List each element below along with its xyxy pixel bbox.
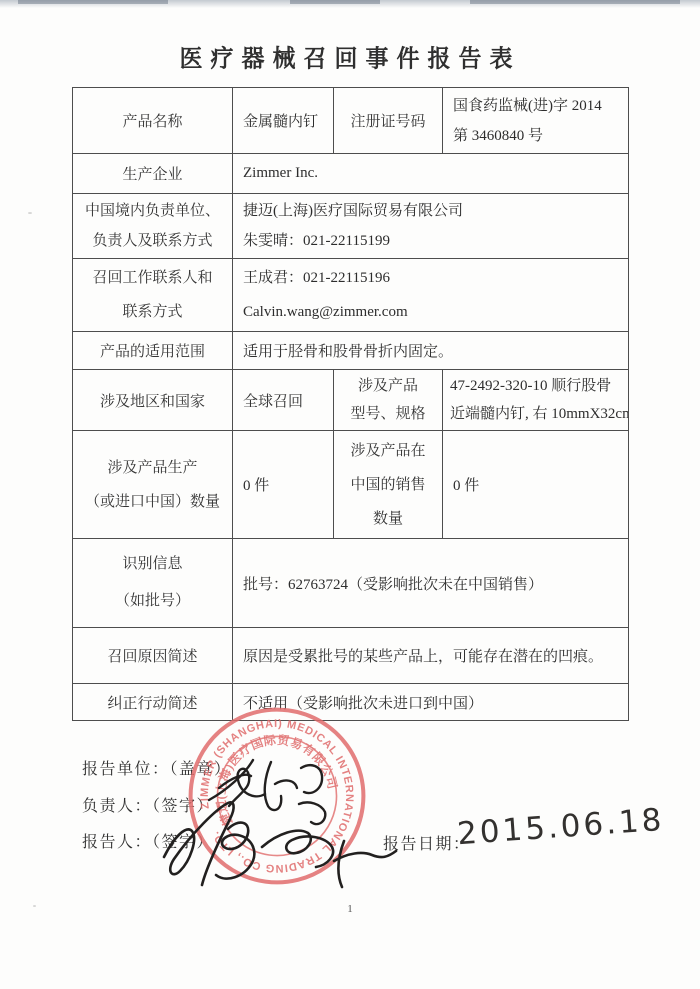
- row-manufacturer: 生产企业 Zimmer Inc.: [73, 154, 629, 194]
- page-title: 医疗器械召回事件报告表: [0, 39, 700, 74]
- scanned-report-page: 医疗器械召回事件报告表 产品名称 金属髓内钉 注册证号码 国食药监械(进)字 2…: [0, 0, 700, 989]
- row-label: 产品的适用范围: [73, 332, 233, 370]
- label-line-2: 中国的销售: [338, 468, 438, 502]
- row-recall-contact: 召回工作联系人和 联系方式 王成君：021-22115196 Calvin.wa…: [73, 259, 629, 332]
- row-label: 纠正行动简述: [73, 684, 233, 721]
- contact-email: Calvin.wang@zimmer.com: [243, 295, 618, 329]
- cell-recall-reason: 原因是受累批号的某些产品上，可能存在潜在的凹痕。: [233, 628, 629, 684]
- cell-recall-contact: 王成君：021-22115196 Calvin.wang@zimmer.com: [233, 259, 629, 332]
- row-recall-reason: 召回原因简述 原因是受累批号的某些产品上，可能存在潜在的凹痕。: [73, 628, 629, 684]
- row-china-agent: 中国境内负责单位、 负责人及联系方式 捷迈(上海)医疗国际贸易有限公司 朱雯晴：…: [73, 194, 629, 259]
- label-line-2: 联系方式: [77, 295, 228, 329]
- row-corrective-action: 纠正行动简述 不适用（受影响批次未进口到中国）: [73, 684, 629, 721]
- row-label-china-sales: 涉及产品在 中国的销售 数量: [334, 431, 443, 539]
- page-number: 1: [0, 903, 700, 915]
- label-line-1: 中国境内负责单位、: [77, 196, 228, 226]
- row-label: 涉及地区和国家: [73, 370, 233, 431]
- row-label: 产品名称: [73, 88, 233, 154]
- cell-china-agent: 捷迈(上海)医疗国际贸易有限公司 朱雯晴：021-22115199: [233, 194, 629, 259]
- row-label: 中国境内负责单位、 负责人及联系方式: [73, 194, 233, 259]
- label-line-1: 涉及产品: [338, 372, 438, 400]
- report-unit-label: 报告单位：（盖章）: [82, 756, 232, 779]
- cell-intended-use: 适用于胫骨和股骨骨折内固定。: [233, 332, 629, 370]
- label-line-1: 涉及产品在: [338, 434, 438, 468]
- report-date-handwritten: 2015.06.18: [456, 802, 666, 852]
- scan-speck: [28, 212, 32, 214]
- label-line-3: 数量: [338, 502, 438, 536]
- cell-model-spec: 47-2492-320-10 顺行股骨 近端髓内钉, 右 10mmX32cm: [443, 370, 629, 431]
- cell-registration-number: 国食药监械(进)字 2014 第 3460840 号: [443, 88, 629, 154]
- row-label: 召回工作联系人和 联系方式: [73, 259, 233, 332]
- cell-china-sales-quantity: 0 件: [443, 431, 629, 539]
- row-regions: 涉及地区和国家 全球召回 涉及产品 型号、规格 47-2492-320-10 顺…: [73, 370, 629, 431]
- row-label-registration: 注册证号码: [334, 88, 443, 154]
- registration-line-2: 第 3460840 号: [453, 121, 618, 151]
- model-line-2: 近端髓内钉, 右 10mmX32cm: [450, 400, 621, 428]
- row-quantities: 涉及产品生产 （或进口中国）数量 0 件 涉及产品在 中国的销售 数量 0 件: [73, 431, 629, 539]
- label-line-1: 识别信息: [77, 546, 228, 583]
- row-label: 识别信息 （如批号）: [73, 539, 233, 628]
- scan-artifact-band: [0, 0, 700, 8]
- row-label: 生产企业: [73, 154, 233, 194]
- row-label-models: 涉及产品 型号、规格: [334, 370, 443, 431]
- label-line-1: 涉及产品生产: [77, 451, 228, 485]
- row-product-name: 产品名称 金属髓内钉 注册证号码 国食药监械(进)字 2014 第 346084…: [73, 88, 629, 154]
- label-line-2: 负责人及联系方式: [77, 226, 228, 256]
- contact-phone: 王成君：021-22115196: [243, 261, 618, 295]
- row-label: 涉及产品生产 （或进口中国）数量: [73, 431, 233, 539]
- label-line-2: （如批号）: [77, 583, 228, 620]
- cell-manufacturer: Zimmer Inc.: [233, 154, 629, 194]
- report-form-table: 产品名称 金属髓内钉 注册证号码 国食药监械(进)字 2014 第 346084…: [72, 87, 629, 721]
- label-line-2: （或进口中国）数量: [77, 485, 228, 519]
- cell-lot-number: 批号：62763724（受影响批次未在中国销售）: [233, 539, 629, 628]
- cell-recall-scope: 全球召回: [233, 370, 334, 431]
- cell-corrective-action: 不适用（受影响批次未进口到中国）: [233, 684, 629, 721]
- row-label: 召回原因简述: [73, 628, 233, 684]
- row-intended-use: 产品的适用范围 适用于胫骨和股骨骨折内固定。: [73, 332, 629, 370]
- agent-contact: 朱雯晴：021-22115199: [243, 226, 618, 256]
- responsible-person-label: 负责人：（签字）: [82, 793, 214, 816]
- model-line-1: 47-2492-320-10 顺行股骨: [450, 372, 621, 400]
- cell-product-name: 金属髓内钉: [233, 88, 334, 154]
- agent-company: 捷迈(上海)医疗国际贸易有限公司: [243, 196, 618, 226]
- label-line-2: 型号、规格: [338, 400, 438, 428]
- registration-line-1: 国食药监械(进)字 2014: [453, 91, 618, 121]
- label-line-1: 召回工作联系人和: [77, 261, 228, 295]
- reporter-label: 报告人：（签字）: [82, 829, 214, 852]
- cell-production-quantity: 0 件: [233, 431, 334, 539]
- row-identification: 识别信息 （如批号） 批号：62763724（受影响批次未在中国销售）: [73, 539, 629, 628]
